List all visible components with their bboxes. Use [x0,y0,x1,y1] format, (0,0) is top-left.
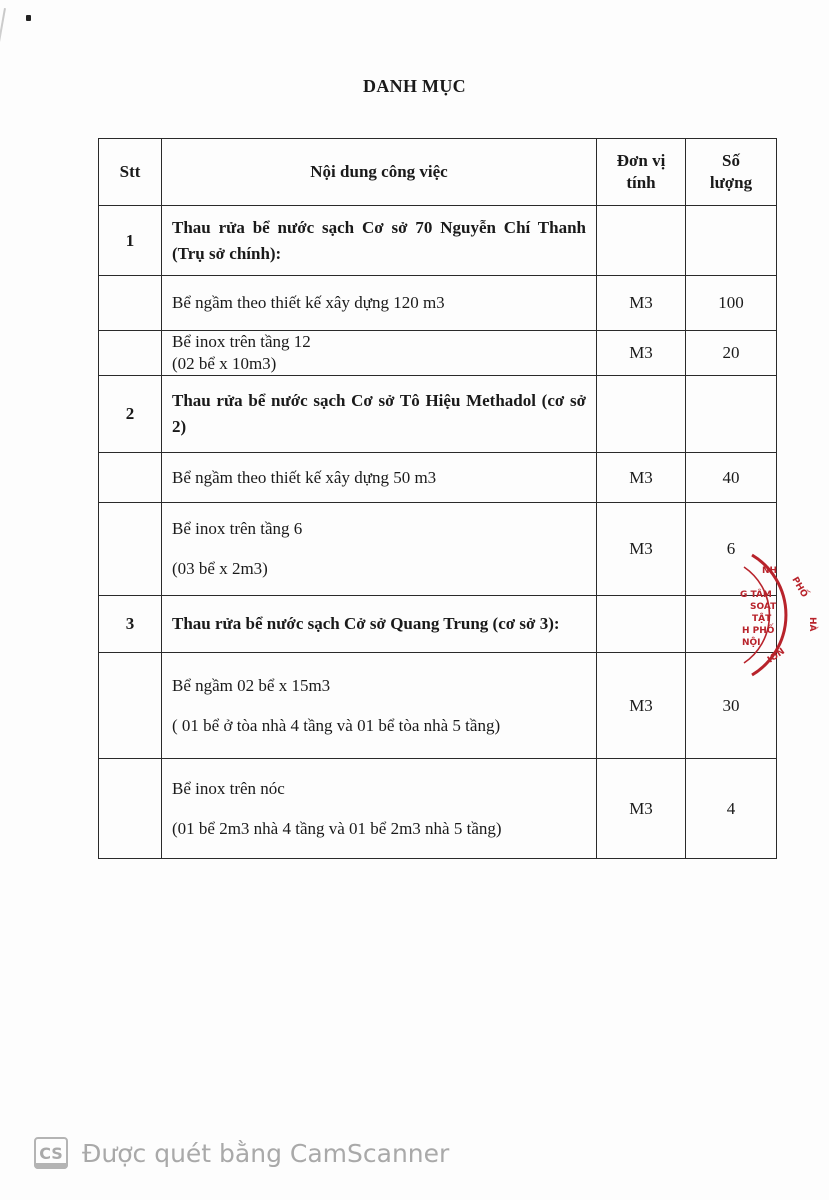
item-description: Bể ngầm 02 bể x 15m3( 01 bể ở tòa nhà 4 … [162,653,597,759]
section-title: Thau rửa bể nước sạch Cơ sở Tô Hiệu Meth… [162,376,597,453]
item-description: Bể ngầm theo thiết kế xây dựng 120 m3 [162,276,597,331]
item-line1: Bể inox trên nóc [172,779,285,798]
item-line2: (02 bể x 10m3) [172,353,586,375]
scan-edge-line [0,8,6,117]
qty-cell: 100 [686,276,777,331]
qty-cell [686,596,777,653]
item-row: Bể inox trên tầng 6(03 bể x 2m3)M36 [99,503,777,596]
qty-cell [686,206,777,276]
camscanner-logo-icon: CS [34,1137,68,1169]
item-row: Bể inox trên tầng 12(02 bể x 10m3)M320 [99,331,777,376]
item-row: Bể ngầm theo thiết kế xây dựng 50 m3M340 [99,453,777,503]
item-description: Bể ngầm theo thiết kế xây dựng 50 m3 [162,453,597,503]
unit-cell: M3 [597,503,686,596]
section-title: Thau rửa bể nước sạch Cơ sở 70 Nguyễn Ch… [162,206,597,276]
item-line1: Bể ngầm 02 bể x 15m3 [172,676,330,695]
unit-cell: M3 [597,276,686,331]
header-unit: Đơn vịtính [597,139,686,206]
item-description: Bể inox trên tầng 6(03 bể x 2m3) [162,503,597,596]
item-line1: Bể inox trên tầng 6 [172,519,302,538]
stt-cell: 1 [99,206,162,276]
item-description: Bể inox trên nóc(01 bể 2m3 nhà 4 tầng và… [162,759,597,859]
stt-cell [99,453,162,503]
table-header-row: Stt Nội dung công việc Đơn vịtính Sốlượn… [99,139,777,206]
camscanner-watermark: CS Được quét bằng CamScanner [34,1137,449,1169]
unit-cell: M3 [597,759,686,859]
section-row: 3Thau rửa bể nước sạch Cở sở Quang Trung… [99,596,777,653]
item-line2: ( 01 bể ở tòa nhà 4 tầng và 01 bể tòa nh… [172,715,586,737]
item-line2: (01 bể 2m3 nhà 4 tầng và 01 bể 2m3 nhà 5… [172,818,586,840]
item-line2: (03 bể x 2m3) [172,558,586,580]
unit-cell [597,376,686,453]
item-line1: Bể ngầm theo thiết kế xây dựng 50 m3 [172,468,436,487]
qty-cell [686,376,777,453]
stt-cell [99,653,162,759]
svg-text:PHỐ: PHỐ [789,574,811,600]
header-stt: Stt [99,139,162,206]
header-qty: Sốlượng [686,139,777,206]
scan-edge-mark [26,15,31,21]
item-line1: Bể ngầm theo thiết kế xây dựng 120 m3 [172,293,445,312]
section-row: 2Thau rửa bể nước sạch Cơ sở Tô Hiệu Met… [99,376,777,453]
svg-text:HÀ: HÀ [807,617,819,632]
stt-cell [99,503,162,596]
qty-cell: 4 [686,759,777,859]
unit-cell: M3 [597,453,686,503]
stt-cell: 2 [99,376,162,453]
qty-cell: 40 [686,453,777,503]
qty-cell: 6 [686,503,777,596]
catalog-table: Stt Nội dung công việc Đơn vịtính Sốlượn… [98,138,777,859]
watermark-text: Được quét bằng CamScanner [82,1139,449,1168]
section-title: Thau rửa bể nước sạch Cở sở Quang Trung … [162,596,597,653]
unit-cell: M3 [597,331,686,376]
section-row: 1Thau rửa bể nước sạch Cơ sở 70 Nguyễn C… [99,206,777,276]
item-row: Bể ngầm theo thiết kế xây dựng 120 m3M31… [99,276,777,331]
item-line1: Bể inox trên tầng 12 [172,332,311,351]
qty-cell: 20 [686,331,777,376]
item-description: Bể inox trên tầng 12(02 bể x 10m3) [162,331,597,376]
item-row: Bể ngầm 02 bể x 15m3( 01 bể ở tòa nhà 4 … [99,653,777,759]
document-title: DANH MỤC [0,76,829,97]
stt-cell [99,331,162,376]
unit-cell: M3 [597,653,686,759]
unit-cell [597,206,686,276]
stt-cell: 3 [99,596,162,653]
stt-cell [99,759,162,859]
qty-cell: 30 [686,653,777,759]
header-content: Nội dung công việc [162,139,597,206]
stt-cell [99,276,162,331]
unit-cell [597,596,686,653]
item-row: Bể inox trên nóc(01 bể 2m3 nhà 4 tầng và… [99,759,777,859]
